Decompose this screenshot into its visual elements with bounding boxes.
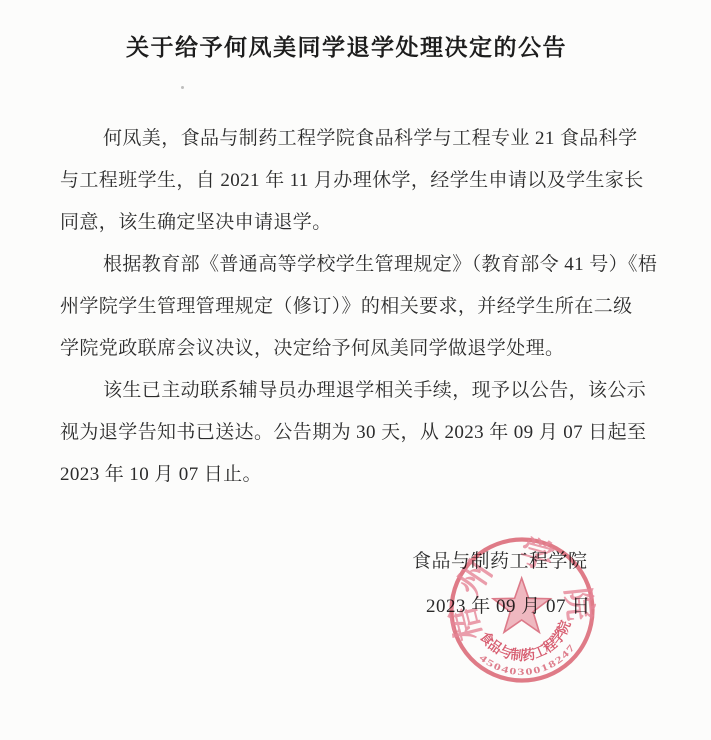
body-line: 学院党政联席会议决议，决定给予何凤美同学做退学处理。 [60, 328, 620, 370]
announcement-body: 何凤美，食品与制药工程学院食品科学与工程专业 21 食品科学 与工程班学生，自 … [60, 118, 620, 496]
announcement-document: 关于给予何凤美同学退学处理决定的公告 何凤美，食品与制药工程学院食品科学与工程专… [0, 0, 711, 740]
body-line: 2023 年 10 月 07 日止。 [60, 454, 620, 496]
body-line: 该生已主动联系辅导员办理退学相关手续，现予以公告，该公示 [60, 370, 620, 412]
body-line: 州学院学生管理管理规定（修订）》的相关要求，并经学生所在二级 [60, 286, 620, 328]
announcement-title: 关于给予何凤美同学退学处理决定的公告 [0, 29, 693, 62]
official-seal-stamp: 梧 州 学 院 食品与制药工程学院 4504030018247 [425, 513, 620, 708]
seal-university-char: 州 [451, 555, 499, 602]
body-line: 与工程班学生，自 2021 年 11 月办理休学，经学生申请以及学生家长 [60, 160, 620, 202]
scan-artifact-dot [181, 86, 184, 89]
seal-university-char: 院 [558, 586, 598, 623]
body-line: 视为退学告知书已送达。公告期为 30 天，从 2023 年 09 月 07 日起… [60, 412, 620, 454]
body-line: 根据教育部《普通高等学校学生管理规定》（教育部令 41 号）《梧 [60, 244, 620, 286]
seal-star-icon [493, 578, 550, 632]
body-line: 同意，该生确定坚决申请退学。 [60, 202, 620, 244]
body-line: 何凤美，食品与制药工程学院食品科学与工程专业 21 食品科学 [60, 118, 620, 160]
